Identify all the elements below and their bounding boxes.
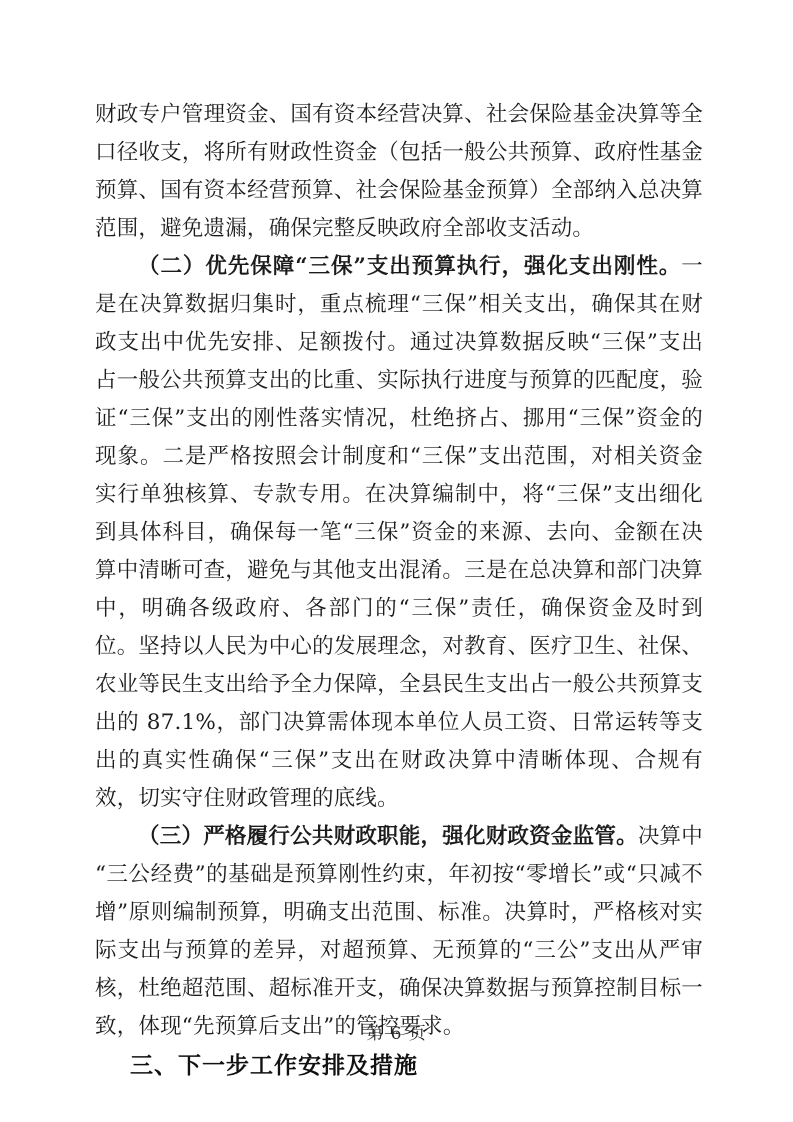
section-two-text: 一是在决算数据归集时，重点梳理“三保”相关支出，确保其在财政支出中优先安排、足额… xyxy=(95,254,703,811)
section-heading: 三、下一步工作安排及措施 xyxy=(95,1046,703,1084)
paragraph-section-two: （二）优先保障“三保”支出预算执行，强化支出刚性。一是在决算数据归集时，重点梳理… xyxy=(95,248,703,818)
page-footer: 第 6 页 xyxy=(0,1022,793,1046)
section-three-text: 决算中“三公经费”的基础是预算刚性约束，年初按“零增长”或“只减不增”原则编制预… xyxy=(95,824,703,1039)
document-page: 财政专户管理资金、国有资本经营决算、社会保险基金决算等全口径收支，将所有财政性资… xyxy=(0,0,793,1122)
document-body: 财政专户管理资金、国有资本经营决算、社会保险基金决算等全口径收支，将所有财政性资… xyxy=(95,96,703,1084)
page-number: 第 6 页 xyxy=(366,1024,427,1044)
section-two-lead: （二）优先保障“三保”支出预算执行，强化支出刚性。 xyxy=(138,254,681,279)
paragraph-section-three: （三）严格履行公共财政职能，强化财政资金监管。决算中“三公经费”的基础是预算刚性… xyxy=(95,818,703,1046)
section-three-lead: （三）严格履行公共财政职能，强化财政资金监管。 xyxy=(138,824,638,849)
paragraph-continuation-text: 财政专户管理资金、国有资本经营决算、社会保险基金决算等全口径收支，将所有财政性资… xyxy=(95,102,703,241)
paragraph-continuation: 财政专户管理资金、国有资本经营决算、社会保险基金决算等全口径收支，将所有财政性资… xyxy=(95,96,703,248)
